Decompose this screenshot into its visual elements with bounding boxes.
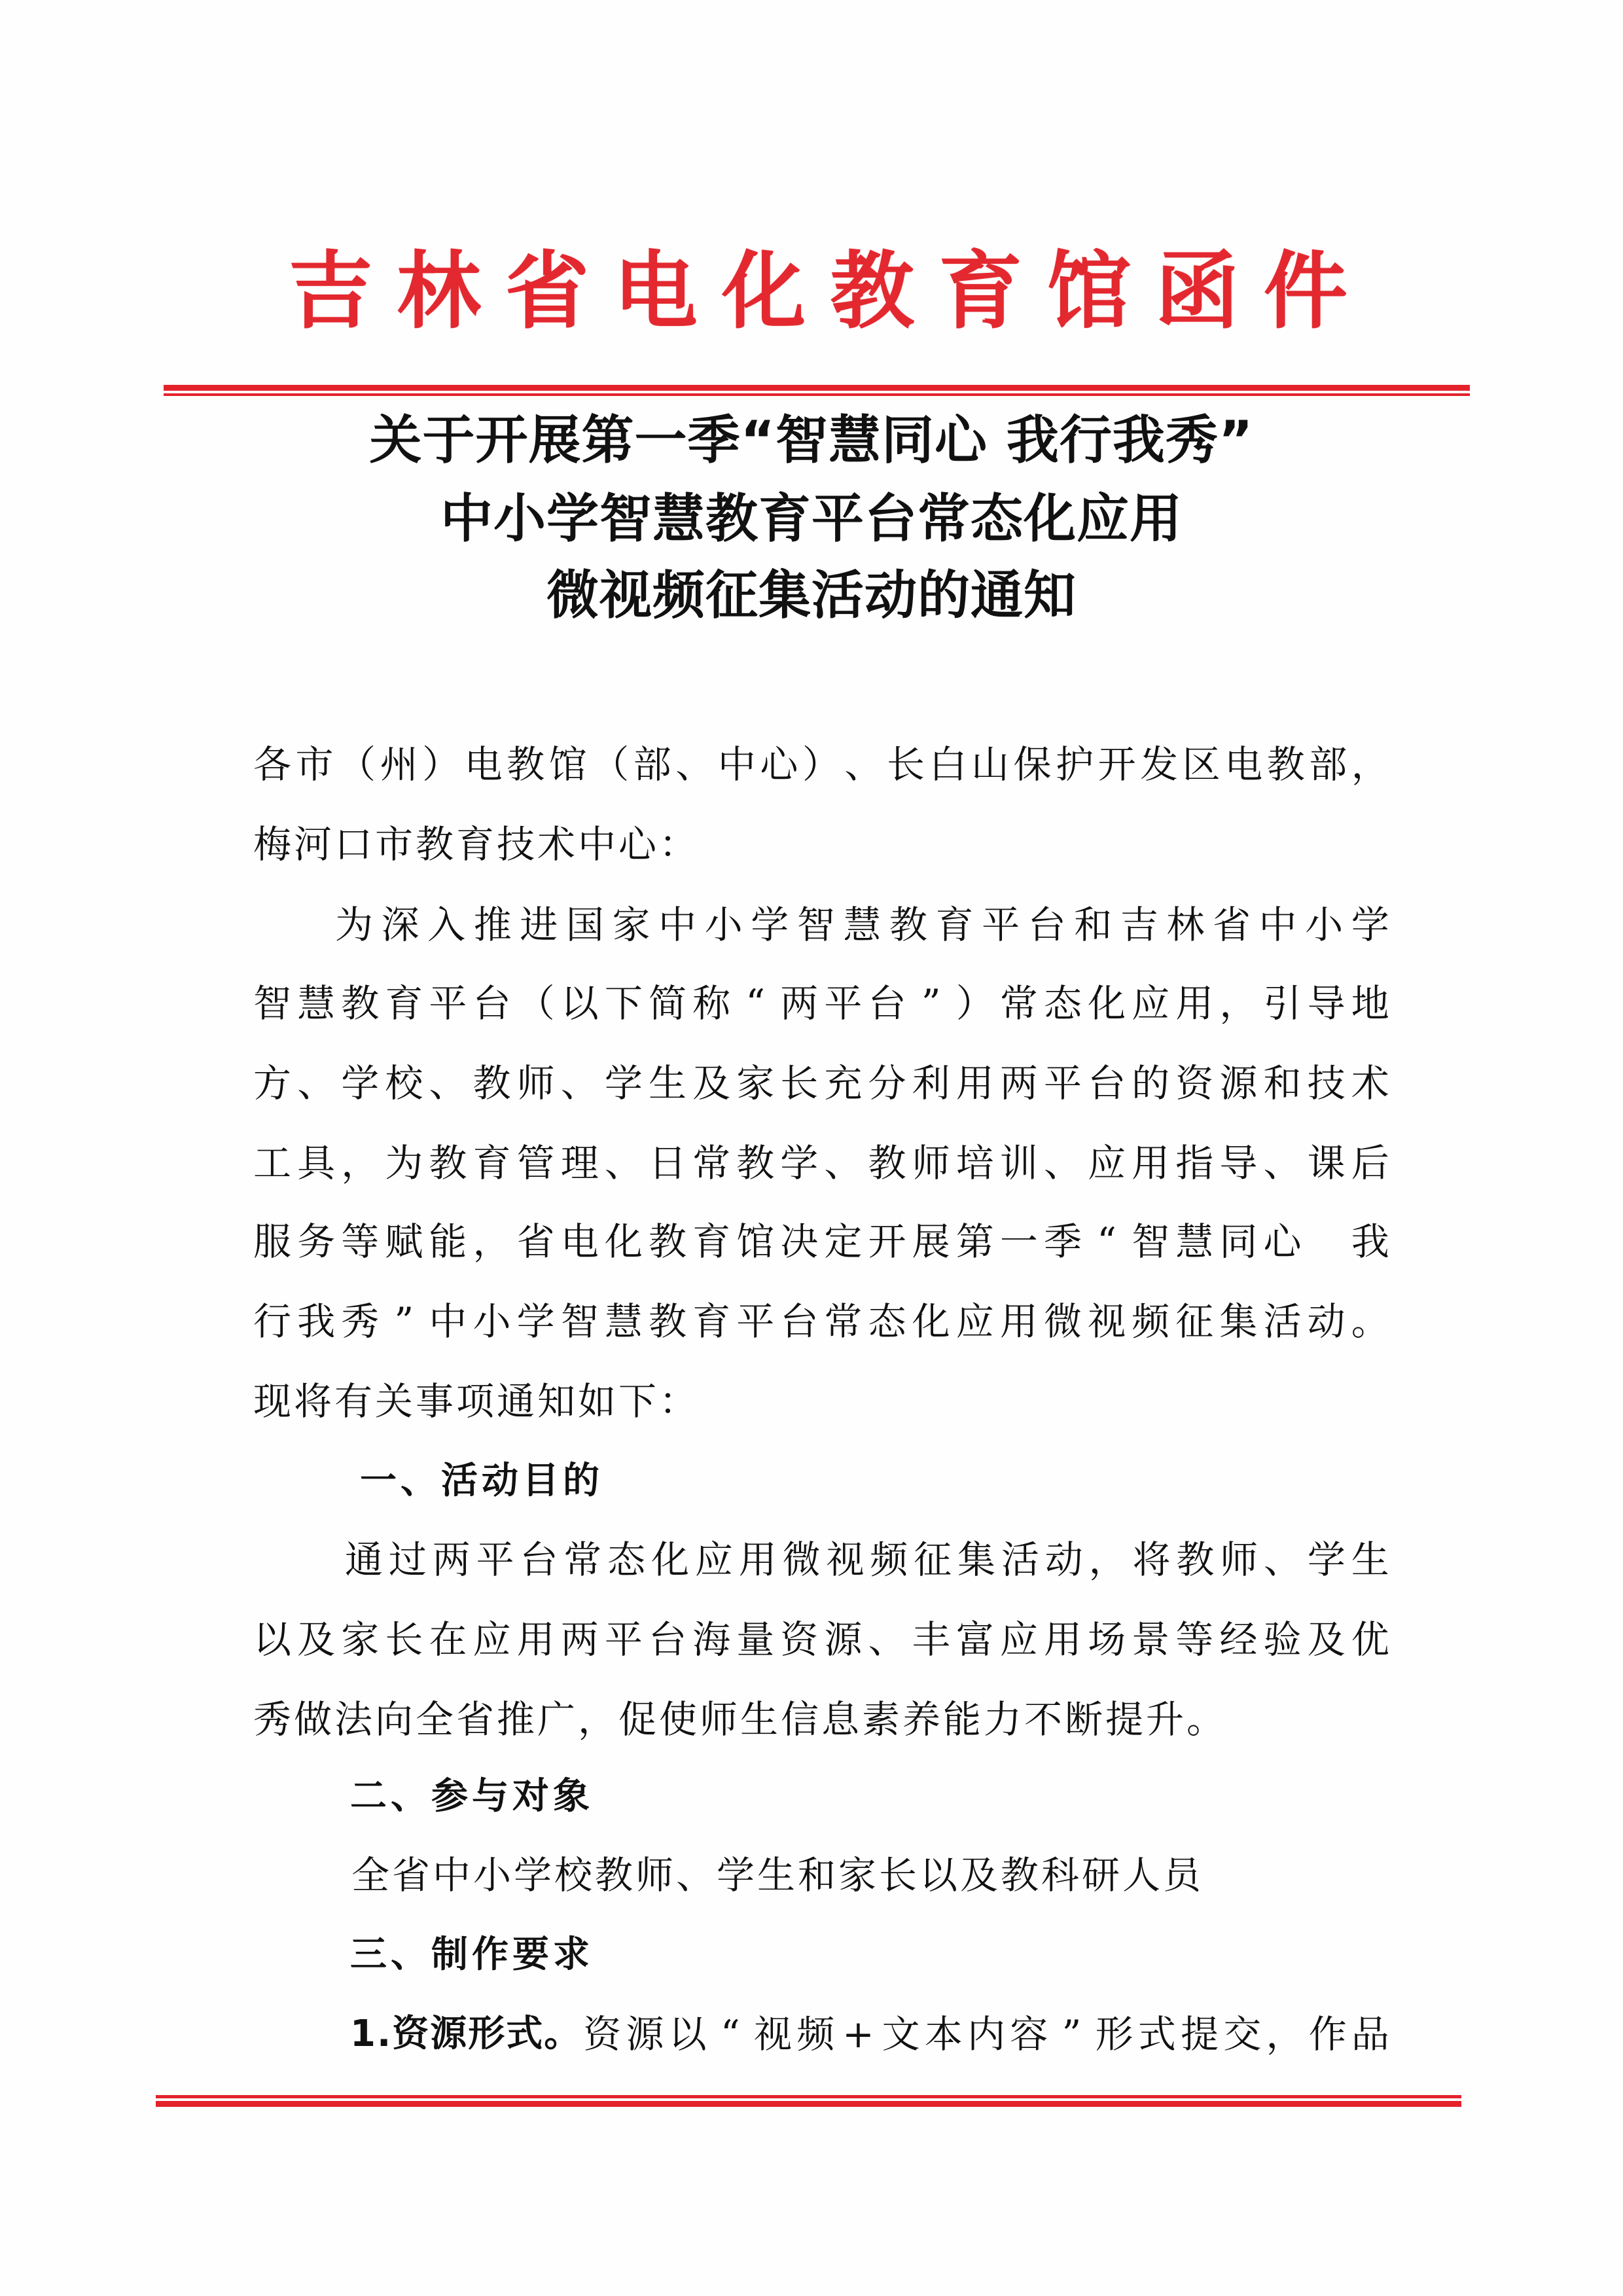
masthead-title: 吉林省电化教育馆函件 <box>288 236 1348 347</box>
item-1-text: 资源以“视频+文本内容”形式提交，作品 <box>582 2011 1391 2057</box>
paragraph-1-line-3: 方、学校、教师、学生及家长充分利用两平台的资源和技术 <box>252 1060 1391 1106</box>
section-3-heading: 三、制作要求 <box>350 1932 594 1978</box>
section-2-line-1: 全省中小学校教师、学生和家长以及教科研人员 <box>350 1852 1397 1898</box>
footer-rule-thin <box>156 2095 1461 2098</box>
paragraph-1-line-7: 现将有关事项通知如下： <box>252 1378 1391 1424</box>
paragraph-1-line-1: 为深入推进国家中小学智慧教育平台和吉林省中小学 <box>334 902 1391 948</box>
notice-title-line-3: 微视频征集活动的通知 <box>157 566 1466 625</box>
section-1-line-2: 以及家长在应用两平台海量资源、丰富应用场景等经验及优 <box>252 1617 1391 1662</box>
masthead-rule-thin <box>164 393 1470 396</box>
section-2-heading: 二、参与对象 <box>350 1774 594 1820</box>
item-1-label: 1.资源形式。 <box>350 2011 582 2057</box>
notice-title-line-1: 关于开展第一季“智慧同心 我行我秀” <box>157 411 1466 470</box>
section-1-line-1: 通过两平台常态化应用微视频征集活动，将教师、学生 <box>344 1537 1391 1583</box>
section-3-item-1: 1.资源形式。 资源以“视频+文本内容”形式提交，作品 <box>350 2011 1391 2057</box>
salutation-line-1: 各市（州）电教馆（部、中心）、长白山保护开发区电教部， <box>252 742 1391 787</box>
masthead-rule-thick <box>164 385 1470 391</box>
paragraph-1-line-5: 服务等赋能，省电化教育馆决定开展第一季“智慧同心 我 <box>252 1219 1391 1265</box>
footer-rule-thick <box>156 2101 1461 2107</box>
paragraph-1-line-2: 智慧教育平台（以下简称“两平台”）常态化应用，引导地 <box>252 980 1391 1026</box>
section-1-line-3: 秀做法向全省推广，促使师生信息素养能力不断提升。 <box>252 1696 1391 1742</box>
notice-title-line-2: 中小学智慧教育平台常态化应用 <box>157 490 1466 548</box>
salutation-line-2: 梅河口市教育技术中心： <box>252 821 1391 867</box>
document-page: 吉林省电化教育馆函件 关于开展第一季“智慧同心 我行我秀” 中小学智慧教育平台常… <box>0 0 1623 2296</box>
paragraph-1-line-6: 行我秀”中小学智慧教育平台常态化应用微视频征集活动。 <box>252 1299 1391 1344</box>
paragraph-1-line-4: 工具，为教育管理、日常教学、教师培训、应用指导、课后 <box>252 1140 1391 1186</box>
section-1-heading: 一、活动目的 <box>360 1458 603 1504</box>
